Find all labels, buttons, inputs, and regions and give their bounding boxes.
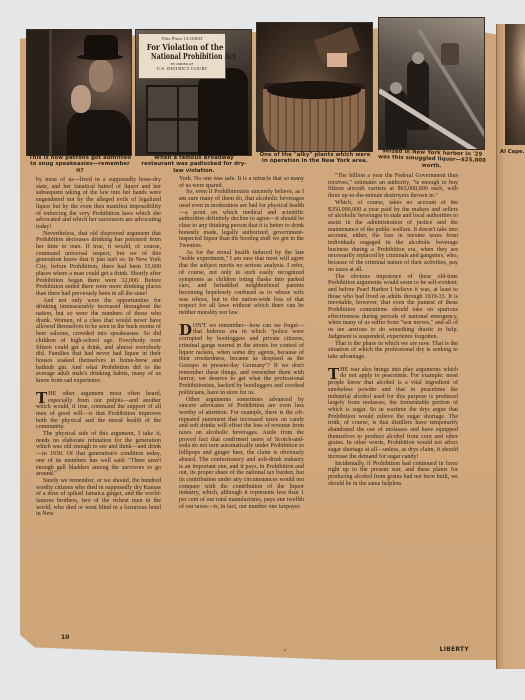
- article-paragraph: The obvious impotence of these old-time …: [328, 274, 458, 341]
- caption-speakeasy: This is how patrons got admitted to snug…: [28, 155, 132, 174]
- drop-cap: D: [179, 324, 192, 336]
- article-paragraph: "The billion a year the Federal Governme…: [328, 173, 458, 200]
- page-number: 10: [61, 634, 69, 641]
- article-paragraph: Which, of course, takes no account of th…: [328, 200, 458, 274]
- article-paragraph: And not only were the opportunities for …: [36, 298, 161, 385]
- section-start-paragraph: THE other argument most often heard, esp…: [36, 391, 161, 431]
- article-paragraph: So, even if Prohibitionists sincerely be…: [179, 189, 304, 249]
- photo-al-capone-partial: [505, 24, 525, 145]
- sign-line-5: U.S. DISTRICT COURT: [139, 67, 225, 72]
- hat-brim-graphic: [77, 54, 123, 60]
- caption-al-capone-text: Al Cape... days—b...: [500, 149, 525, 155]
- keg-graphic: [441, 43, 459, 65]
- article-paragraph: York. No one was safe. It is a miracle t…: [179, 176, 304, 189]
- drop-cap: T: [328, 368, 339, 380]
- closure-sign: This Place CLOSED For Violation of the N…: [138, 33, 226, 79]
- section-start-paragraph: DON'T we remember—how can we forget—that…: [179, 323, 304, 397]
- woman-face-graphic: [71, 85, 91, 113]
- photo-speakeasy-door: [26, 29, 132, 156]
- photo-harbor-seizure: [378, 17, 485, 150]
- sign-line-2: For Violation of the: [147, 44, 218, 53]
- article-paragraph: As for the moral health induced by the l…: [179, 250, 304, 317]
- article-column-1: by most of us—lived in a supposedly bone…: [36, 177, 161, 518]
- article-paragraph: Nevertheless, that old disproved argumen…: [36, 231, 161, 298]
- caption-al-capone-partial: Al Cape... days—b...: [500, 149, 525, 155]
- photo-alky-plant: [256, 22, 373, 152]
- door-graphic: [27, 30, 52, 155]
- section-start-paragraph: THE war also brings into play arguments …: [328, 367, 458, 461]
- man-figure-graphic: [198, 68, 248, 155]
- article-paragraph: The physical side of this argument, I ta…: [36, 431, 161, 478]
- article-paragraph: by most of us—lived in a supposedly bone…: [36, 177, 161, 231]
- article-paragraph: Incidentally, if Prohibition had continu…: [328, 461, 458, 488]
- article-paragraph: That is the phase in which we are now. T…: [328, 341, 458, 361]
- sign-line-3: National Prohibition Act: [151, 53, 213, 62]
- article-paragraph: Surely we remember, or we should, the hu…: [36, 478, 161, 518]
- sign-line-1: This Place CLOSED: [139, 37, 225, 42]
- officer-head-graphic: [412, 52, 424, 64]
- caption-padlocked: When a famous Broadway restaurant was pa…: [137, 155, 251, 174]
- man-face-graphic: [89, 60, 113, 92]
- sailor-head-graphic: [390, 82, 402, 94]
- article-paragraph: Other arguments sometimes advanced by si…: [179, 397, 304, 511]
- vat-liquid-graphic: [267, 81, 361, 99]
- drop-cap: T: [36, 392, 47, 404]
- plank-graphic: [327, 53, 347, 67]
- photo-padlocked-restaurant: This Place CLOSED For Violation of the N…: [135, 29, 252, 156]
- magazine-name: LIBERTY: [440, 645, 469, 653]
- caption-alky-plant: One of the "alky" plants which were in o…: [258, 152, 372, 165]
- article-column-3: "The billion a year the Federal Governme…: [328, 173, 458, 487]
- coat-graphic: [67, 110, 131, 156]
- caption-harbor: Seized in New York harbor in '29 was thi…: [378, 148, 487, 171]
- article-column-2: York. No one was safe. It is a miracle t…: [179, 176, 304, 510]
- paper-stain: [284, 649, 286, 651]
